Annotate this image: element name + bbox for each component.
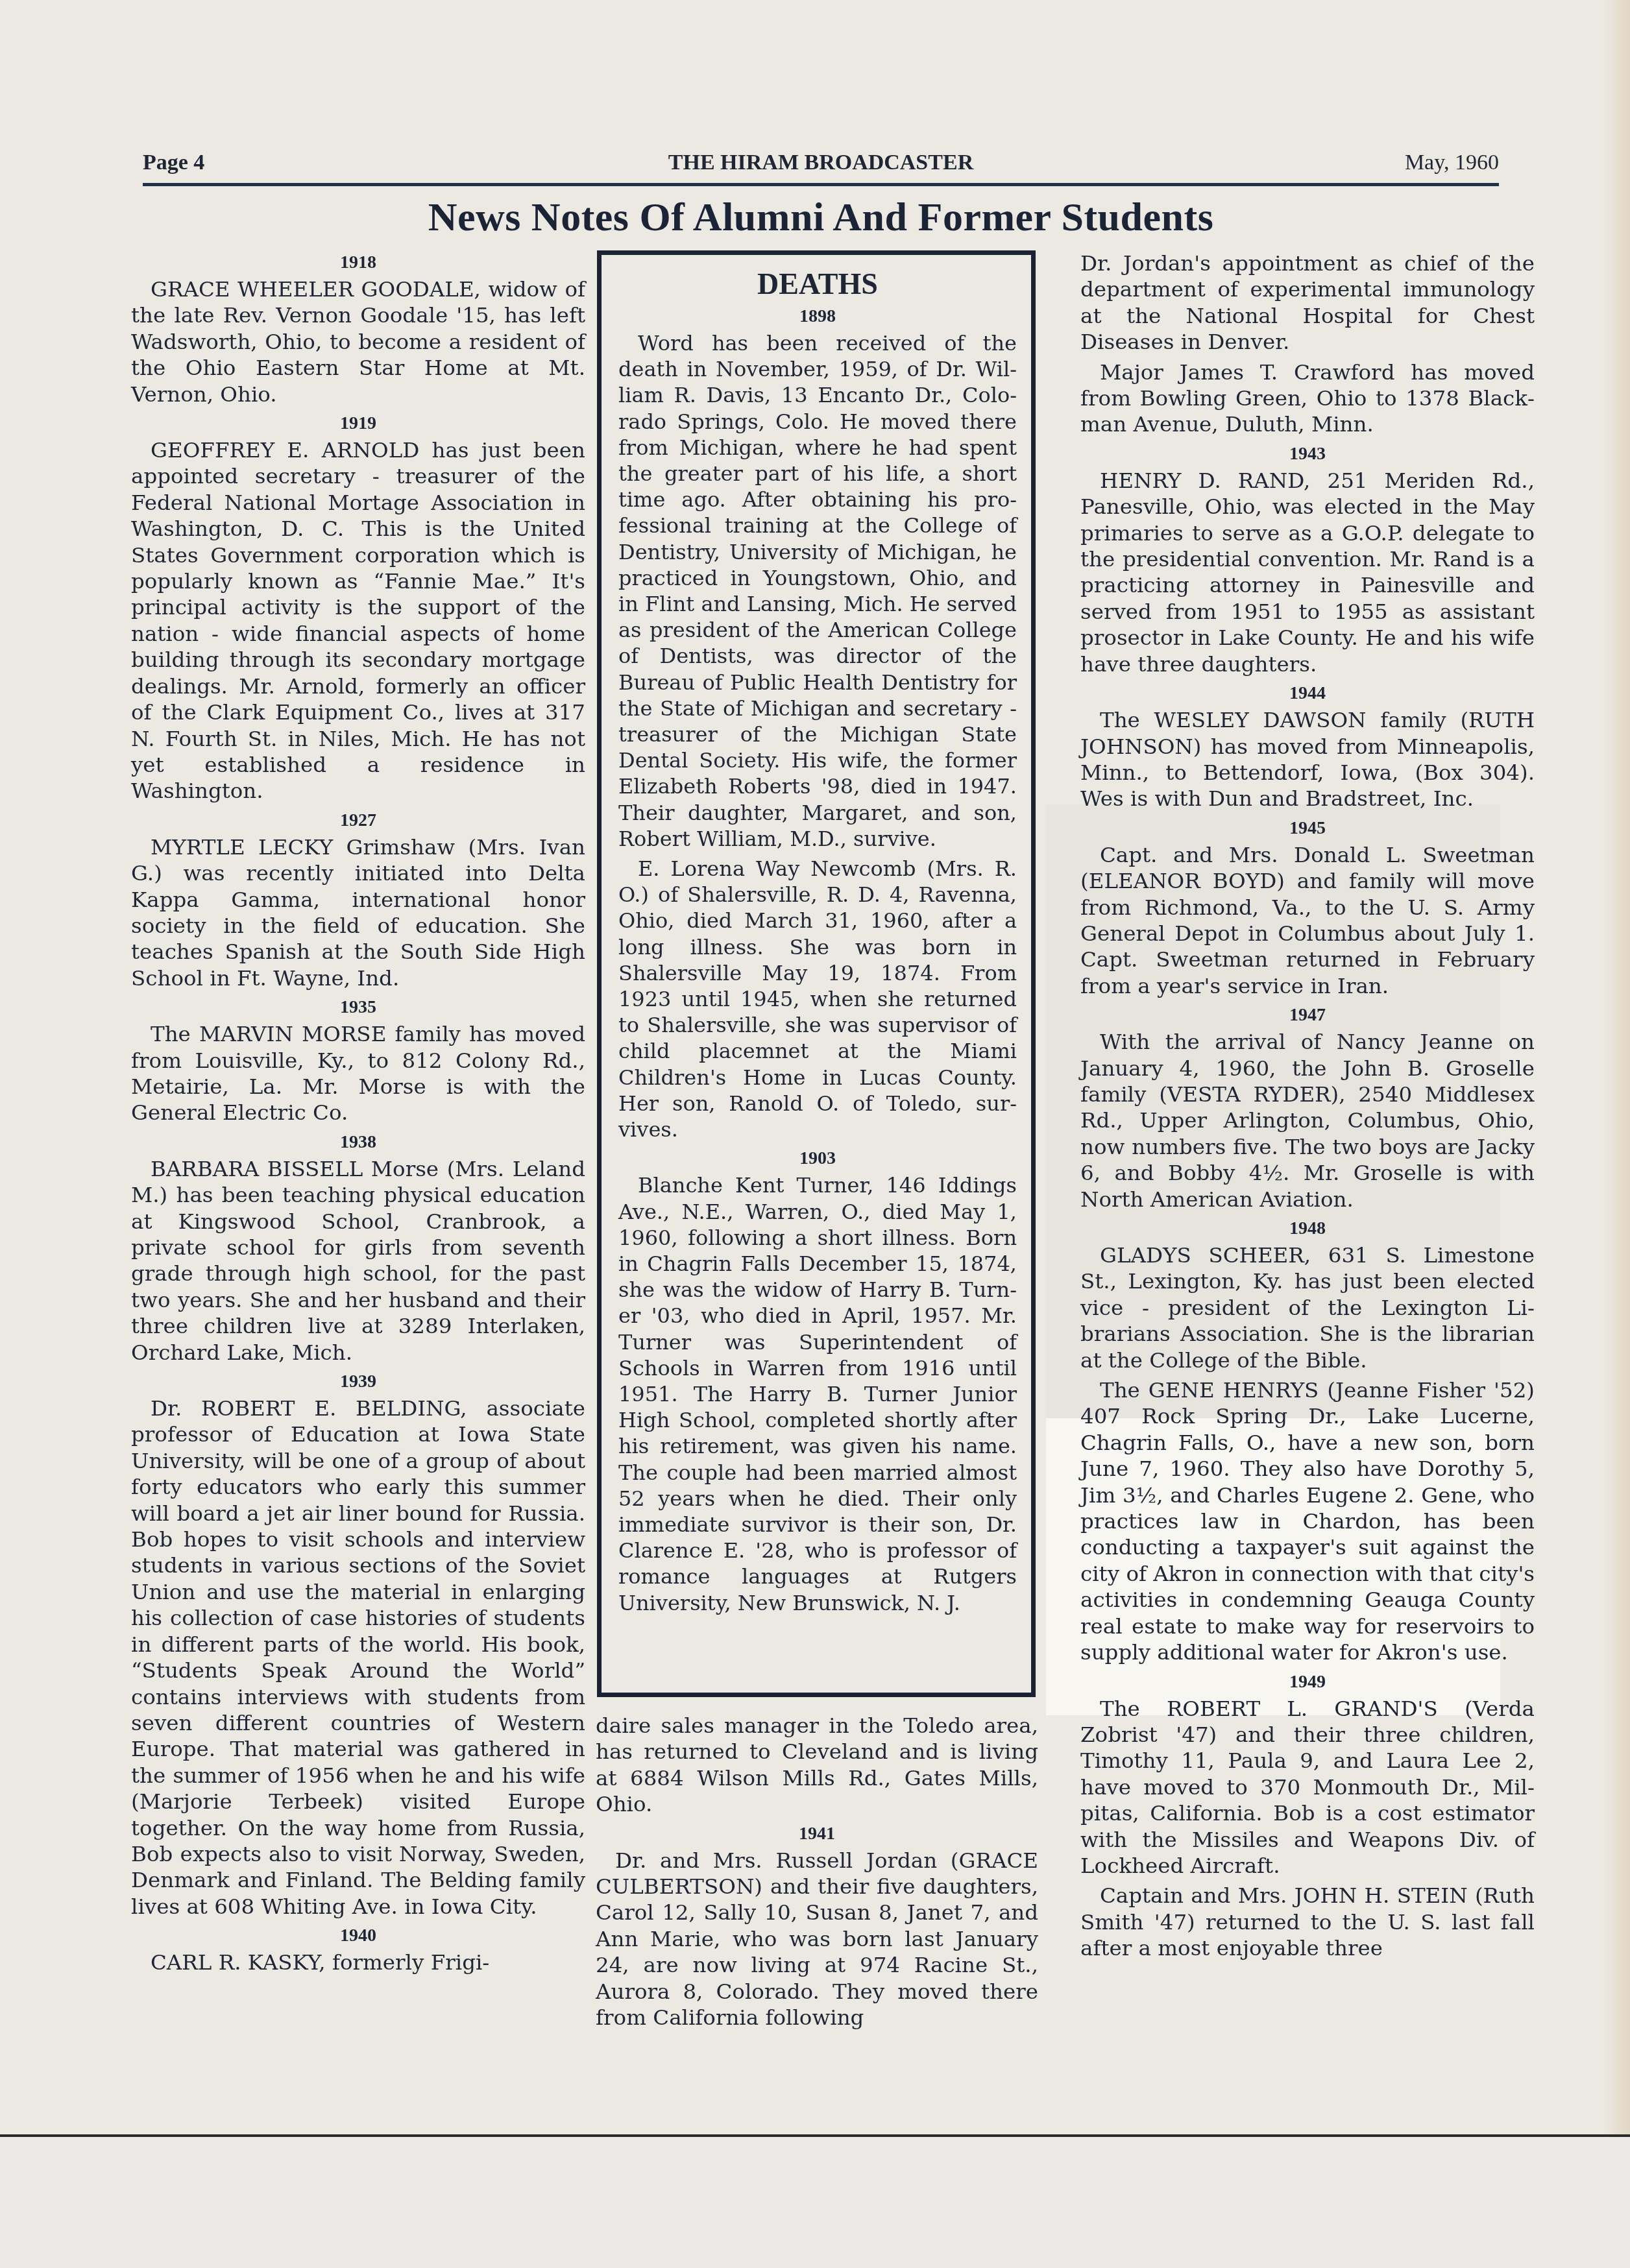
year-heading: 1903 — [618, 1146, 1017, 1171]
news-item: With the arrival of Nancy Jeanne on Janu… — [1080, 1029, 1535, 1212]
deaths-title: DEATHS — [618, 267, 1017, 302]
year-heading: 1940 — [131, 1924, 585, 1948]
news-item: Word has been received of the death in N… — [618, 330, 1017, 852]
column-2-continued: daire sales manager in the Toledo area, … — [596, 1713, 1038, 2034]
news-item: Blanche Kent Turner, 146 Iddings Ave., N… — [618, 1172, 1017, 1615]
news-item: HENRY D. RAND, 251 Meriden Rd., Panesvil… — [1080, 468, 1535, 677]
issue-date: May, 1960 — [1405, 151, 1499, 175]
masthead: Page 4 THE HIRAM BROADCASTER May, 1960 — [143, 151, 1499, 179]
column-3: Dr. Jordan's appointment as chief of the… — [1080, 250, 1535, 1966]
news-item: The MARVIN MORSE family has moved from L… — [131, 1021, 585, 1126]
year-heading: 1945 — [1080, 816, 1535, 841]
page-headline: News Notes Of Alumni And Former Students — [143, 195, 1499, 241]
deaths-entries: 1898Word has been received of the death … — [618, 304, 1017, 1616]
year-heading: 1947 — [1080, 1003, 1535, 1028]
news-item: The WESLEY DAWSON family (RUTH JOHNSON) … — [1080, 707, 1535, 812]
year-heading: 1944 — [1080, 681, 1535, 706]
news-item: The ROBERT L. GRAND'S (Verda Zobrist '47… — [1080, 1696, 1535, 1879]
news-item: Dr. ROBERT E. BELDING, associ­ate profes… — [131, 1395, 585, 1920]
publication-title: THE HIRAM BROADCASTER — [143, 151, 1499, 175]
news-item: BARBARA BISSELL Morse (Mrs. Le­land M.) … — [131, 1156, 585, 1366]
column-1: 1918GRACE WHEELER GOODALE, widow of the … — [131, 248, 585, 1980]
year-heading: 1938 — [131, 1130, 585, 1155]
year-heading: 1949 — [1080, 1670, 1535, 1695]
year-heading: 1919 — [131, 411, 585, 436]
year-heading: 1935 — [131, 995, 585, 1020]
deaths-box: DEATHS 1898Word has been received of the… — [597, 250, 1036, 1697]
news-item: Capt. and Mrs. Donald L. Sweetman (ELEAN… — [1080, 842, 1535, 999]
news-item: CARL R. KASKY, formerly Frigi- — [131, 1949, 585, 1975]
news-item: daire sales manager in the Toledo area, … — [596, 1713, 1038, 1818]
news-item: Captain and Mrs. JOHN H. STEIN (Ruth Smi… — [1080, 1883, 1535, 1961]
news-item: Major James T. Crawford has moved from B… — [1080, 359, 1535, 438]
year-heading: 1927 — [131, 808, 585, 833]
scanner-background — [0, 2134, 1630, 2268]
news-item: MYRTLE LECKY Grimshaw (Mrs. Ivan G.) was… — [131, 834, 585, 991]
year-heading: 1939 — [131, 1369, 585, 1394]
news-item: Dr. and Mrs. Russell Jordan (GRACE CULBE… — [596, 1848, 1038, 2031]
year-heading: 1898 — [618, 304, 1017, 329]
masthead-rule — [143, 183, 1499, 186]
year-heading: 1941 — [596, 1822, 1038, 1846]
news-item: GRACE WHEELER GOODALE, widow of the late… — [131, 276, 585, 407]
news-item: Dr. Jordan's appointment as chief of the… — [1080, 250, 1535, 356]
newsletter-page: Page 4 THE HIRAM BROADCASTER May, 1960 N… — [0, 0, 1630, 2134]
news-item: The GENE HENRYS (Jeanne Fish­er '52) 407… — [1080, 1377, 1535, 1665]
year-heading: 1918 — [131, 250, 585, 275]
news-item: GLADYS SCHEER, 631 S. Limestone St., Lex… — [1080, 1242, 1535, 1373]
year-heading: 1943 — [1080, 442, 1535, 466]
news-item: GEOFFREY E. ARNOLD has just been appoint… — [131, 437, 585, 804]
news-item: E. Lorena Way Newcomb (Mrs. R. O.) of Sh… — [618, 856, 1017, 1142]
year-heading: 1948 — [1080, 1216, 1535, 1241]
